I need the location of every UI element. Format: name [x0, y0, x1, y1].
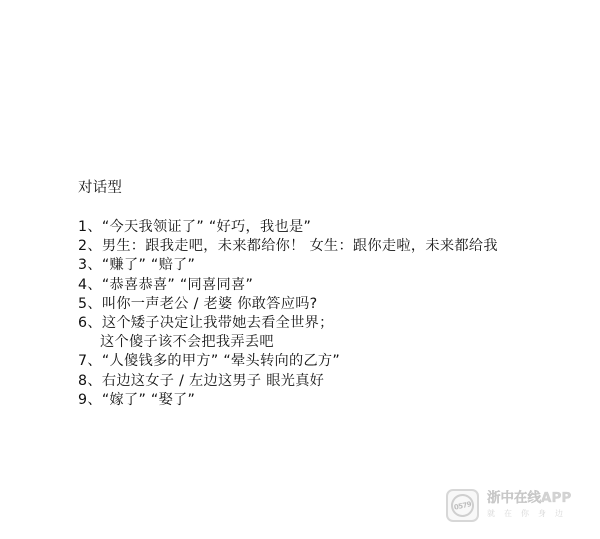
- list-item: 7、“人傻钱多的甲方” “晕头转向的乙方”: [78, 352, 578, 371]
- item-number: 6、: [78, 314, 102, 333]
- item-text: “今天我领证了” “好巧，我也是”: [102, 219, 311, 235]
- item-text: 这个傻子该不会把我弄丢吧: [100, 334, 274, 350]
- item-number: 5、: [78, 295, 102, 314]
- list-item: 4、“恭喜恭喜” “同喜同喜”: [78, 276, 578, 295]
- item-number: 7、: [78, 352, 102, 371]
- list-item: 2、男生：跟我走吧，未来都给你！ 女生：跟你走啦，未来都给我: [78, 237, 578, 256]
- list-item: 6、这个矮子决定让我带她去看全世界；: [78, 314, 578, 333]
- item-text: “恭喜恭喜” “同喜同喜”: [102, 277, 253, 293]
- logo-badge: 0579: [449, 491, 476, 518]
- item-text: 男生：跟我走吧，未来都给你！ 女生：跟你走啦，未来都给我: [102, 238, 498, 254]
- item-number: 4、: [78, 276, 102, 295]
- item-text: 叫你一声老公 / 老婆 你敢答应吗?: [102, 296, 318, 312]
- list-item: 3、“赚了” “赔了”: [78, 256, 578, 275]
- item-text: “人傻钱多的甲方” “晕头转向的乙方”: [102, 353, 340, 369]
- item-number: 9、: [78, 391, 102, 410]
- list-item: 8、右边这女子 / 左边这男子 眼光真好: [78, 372, 578, 391]
- watermark: 0579 浙中在线APP 就在你身边: [446, 487, 572, 523]
- watermark-subtitle: 就在你身边: [487, 508, 572, 520]
- document-body: 对话型 1、“今天我领证了” “好巧，我也是” 2、男生：跟我走吧，未来都给你！…: [78, 178, 578, 410]
- item-number: 1、: [78, 218, 102, 237]
- item-number: 8、: [78, 372, 102, 391]
- list-item: 9、“嫁了” “娶了”: [78, 391, 578, 410]
- item-number: 2、: [78, 237, 102, 256]
- item-text: 右边这女子 / 左边这男子 眼光真好: [102, 373, 324, 389]
- list-item-continuation: 这个傻子该不会把我弄丢吧: [78, 333, 578, 352]
- item-number: 3、: [78, 256, 102, 275]
- list-item: 1、“今天我领证了” “好巧，我也是”: [78, 218, 578, 237]
- item-text: “赚了” “赔了”: [102, 257, 195, 273]
- watermark-text: 浙中在线APP 就在你身边: [487, 490, 572, 520]
- item-text: “嫁了” “娶了”: [102, 392, 195, 408]
- item-text: 这个矮子决定让我带她去看全世界；: [102, 315, 334, 331]
- list-item: 5、叫你一声老公 / 老婆 你敢答应吗?: [78, 295, 578, 314]
- dialogue-list: 1、“今天我领证了” “好巧，我也是” 2、男生：跟我走吧，未来都给你！ 女生：…: [78, 218, 578, 410]
- section-title: 对话型: [78, 178, 578, 198]
- watermark-title: 浙中在线APP: [487, 490, 572, 506]
- app-logo-icon: 0579: [446, 489, 479, 522]
